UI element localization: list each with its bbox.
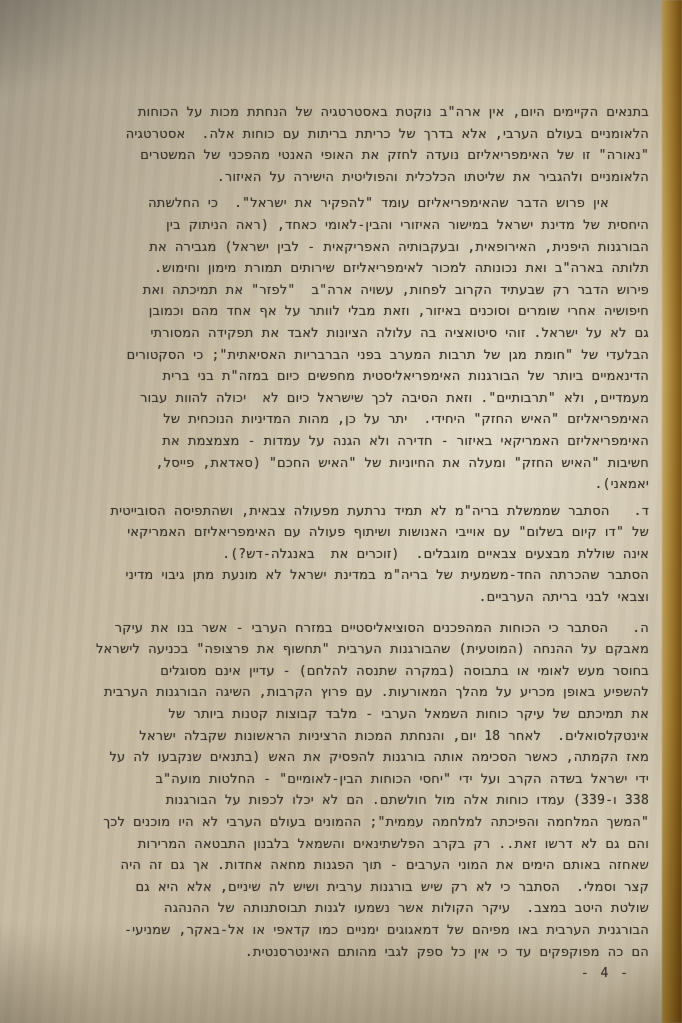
text-line: "המשך המלחמה והפיכתה למלחמה עממית"; ההמו… [32, 812, 649, 834]
text-line: שאחזה באותם הימים את המוני הערבים - תוך … [32, 855, 649, 877]
text-line: בתנאים הקיימים היום, אין ארה"ב נוקטת באס… [32, 102, 649, 124]
page-edge-strip [662, 0, 682, 1023]
text-line: מאז הקמתה, כאשר הסכימה אותה בורגנות להפס… [32, 747, 649, 769]
intro-paragraph-1: בתנאים הקיימים היום, אין ארה"ב נוקטת באס… [32, 102, 649, 188]
text-block: בתנאים הקיימים היום, אין ארה"ב נוקטת באס… [32, 102, 649, 963]
text-line: תלותה בארה"ב ואת נכונותה למכור לאימפריאל… [32, 258, 649, 280]
text-line: שולטת היטב במצב. עיקר הקולות אשר נשמעו ל… [32, 898, 649, 920]
text-line: יאמאני). [32, 474, 649, 496]
text-line: האימפריאליזם האמריקאי באיזור - חדירה ולא… [32, 431, 649, 453]
text-line: גם לא על ישראל. זוהי סיטואציה בה עלולה ה… [32, 323, 649, 345]
text-line: מעמדיים, ולא "תרבותיים". וזאת הסיבה לכך … [32, 388, 649, 410]
text-line: הדינאמיים ביותר של הבורגנות האימפריאליסט… [32, 366, 649, 388]
section-he: ה. הסתבר כי הכוחות המהפכנים הסוציאליסטיי… [32, 618, 649, 964]
section-dalet: ד. הסתבר שממשלת בריה"מ לא תמיד נרתעת מפע… [32, 501, 649, 609]
text-line: הבורגנות היפנית, האירופאית, ובעקבותיה הא… [32, 237, 649, 259]
text-line: להשפיע באופן מכריע על מהלך המאורעות. עם … [32, 682, 649, 704]
text-line: מאבקם על ההנחה (המוטעית) שהבורגנות הערבי… [32, 639, 649, 661]
text-line: אינה שוללת מבצעים צבאיים מוגבלים. (זוכרי… [32, 544, 649, 566]
text-line: וצבאי לבני בריתה הערביים. [32, 587, 649, 609]
text-line: הבלעדי של "חומת מגן של תרבות המערב בפני … [32, 345, 649, 367]
text-line: בחוסר מעש לאומי או בתבוסה (במקרה שתנסה ל… [32, 661, 649, 683]
text-line: ה. הסתבר כי הכוחות המהפכנים הסוציאליסטיי… [32, 618, 649, 640]
text-line: 338 ו-339) עמדו כוחות אלה מול חולשתם. הם… [32, 790, 649, 812]
text-line: חיפושיה אחרי שומרים וסוכנים באיזור, וזאת… [32, 301, 649, 323]
intro-paragraph-2: אין פרוש הדבר שהאימפריאליזם עומד "להפקיר… [32, 193, 649, 495]
text-line: של "דו קיום בשלום" עם אוייבי האנושות ושי… [32, 522, 649, 544]
text-line: אינטקלסואלים. לאחר 18 יום, והנחתת המכות … [32, 726, 649, 748]
text-line: הבורגנית הערבית באו מפיהם של דמאגוגים ימ… [32, 920, 649, 942]
scanned-document-page: בתנאים הקיימים היום, אין ארה"ב נוקטת באס… [0, 0, 682, 1023]
text-line: האימפריאליזם "האיש החזק" היחידי. יתר על … [32, 409, 649, 431]
text-line: חשיבות "האיש החזק" ומעלה את החיוניות של … [32, 453, 649, 475]
page-number: - 4 - [581, 966, 630, 981]
text-line: היחסית של מדינת ישראל במישור האיזורי והב… [32, 215, 649, 237]
text-line: הסתבר שהכרתה החד-משמעית של בריה"מ במדינת… [32, 565, 649, 587]
text-line: את תמיכתם של עיקר כוחות השמאל הערבי - מל… [32, 704, 649, 726]
text-line: קצר וסמלי. הסתבר כי לא רק שיש בורגנות ער… [32, 877, 649, 899]
text-line: אין פרוש הדבר שהאימפריאליזם עומד "להפקיר… [32, 193, 649, 215]
text-line: הם כה מפוקפקים עד כי אין כל ספק לגבי מהו… [32, 942, 649, 964]
text-line: הלאומניים בעולם הערבי, אלא בדרך של כריתת… [32, 124, 649, 146]
text-line: "נאורה" זו של האימפריאליזם נועדה לחזק את… [32, 145, 649, 167]
text-line: ד. הסתבר שממשלת בריה"מ לא תמיד נרתעת מפע… [32, 501, 649, 523]
text-line: ידי ישראל בשדה הקרב ועל ידי "יחסי הכוחות… [32, 769, 649, 791]
text-line: הלאומניים ולהגביר את שליטתו הכלכלית והפו… [32, 167, 649, 189]
text-line: והם גם לא דרשו זאת.. רק בקרב הפלשתינאים … [32, 834, 649, 856]
text-line: פירוש הדבר רק שבעתיד הקרוב לפחות, עשויה … [32, 280, 649, 302]
